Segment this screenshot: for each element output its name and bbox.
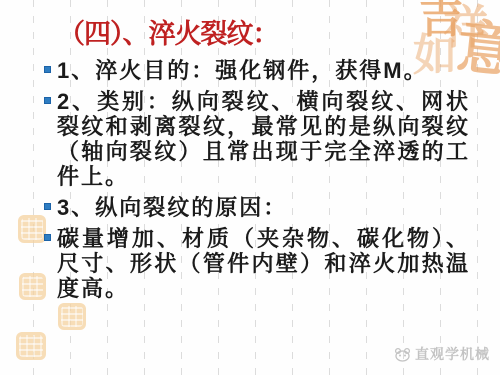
bullet-text: 1、淬火目的：强化钢件，获得M。 (57, 58, 428, 83)
bullet-text: 3、纵向裂纹的原因： (57, 195, 287, 220)
page-title: （四）、淬火裂纹： (58, 12, 500, 51)
list-item: 1、淬火目的：强化钢件，获得M。 (44, 58, 470, 83)
bullet-text: 碳量增加、材质（夹杂物、碳化物）、尺寸、形状（管件内壁）和淬火加热温度高。 (57, 226, 470, 301)
bullet-square-icon (44, 97, 51, 104)
seal-stamp (16, 332, 46, 360)
seal-stamp (58, 303, 86, 330)
bullet-text: 2、类别：纵向裂纹、横向裂纹、网状裂纹和剥离裂纹，最常见的是纵向裂纹（轴向裂纹）… (57, 89, 470, 189)
watermark: 直观学机械 (394, 344, 490, 364)
panda-logo-icon (394, 347, 411, 362)
presentation-slide: 吉 祥 如 意 （四）、淬火裂纹： 1、淬火目的：强化钢件，获得M。 2、类别：… (0, 0, 500, 375)
list-item: 碳量增加、材质（夹杂物、碳化物）、尺寸、形状（管件内壁）和淬火加热温度高。 (44, 226, 470, 301)
watermark-text: 直观学机械 (415, 344, 490, 364)
bullet-square-icon (44, 66, 51, 73)
bullet-list: 1、淬火目的：强化钢件，获得M。 2、类别：纵向裂纹、横向裂纹、网状裂纹和剥离裂… (44, 58, 500, 301)
bullet-square-icon (44, 203, 51, 210)
bullet-square-icon (44, 234, 51, 241)
list-item: 3、纵向裂纹的原因： (44, 195, 470, 220)
slide-content: （四）、淬火裂纹： 1、淬火目的：强化钢件，获得M。 2、类别：纵向裂纹、横向裂… (0, 12, 500, 301)
list-item: 2、类别：纵向裂纹、横向裂纹、网状裂纹和剥离裂纹，最常见的是纵向裂纹（轴向裂纹）… (44, 89, 470, 189)
